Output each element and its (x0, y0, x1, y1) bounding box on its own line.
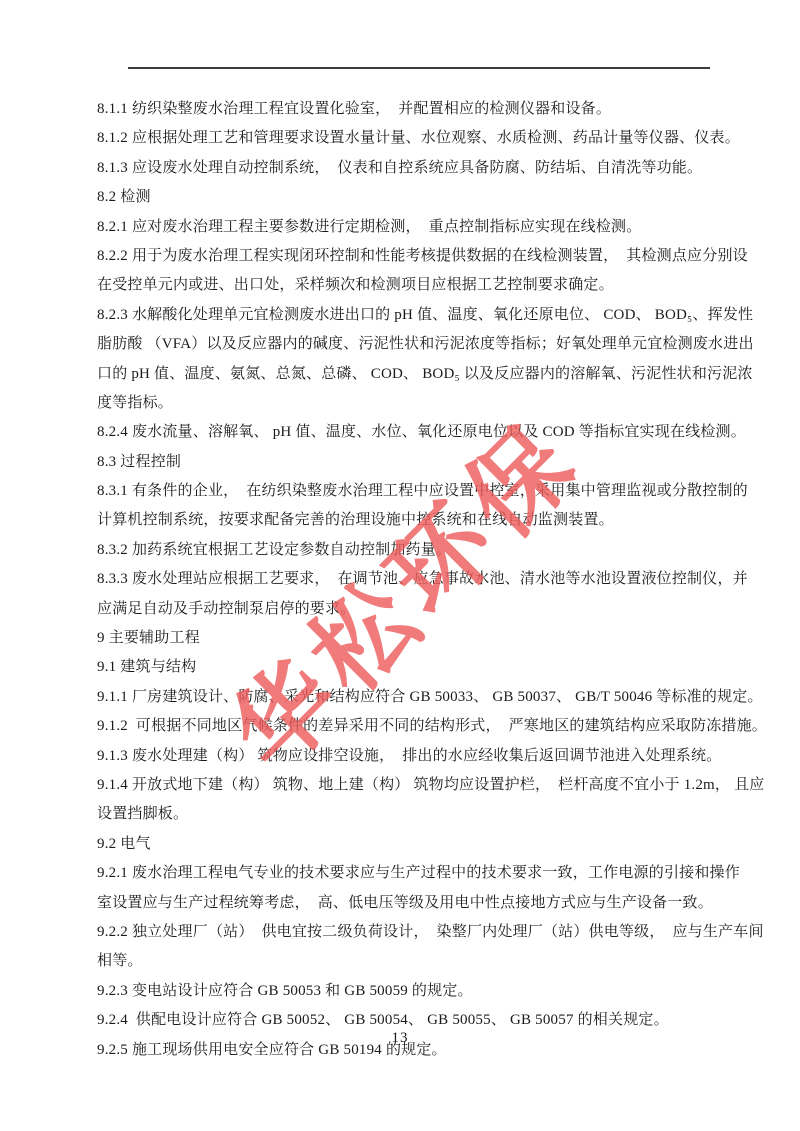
clause-8-2-2: 8.2.2 用于为废水治理工程实现闭环控制和性能考核提供数据的在线检测装置， 其… (97, 242, 742, 301)
clause-8-2-3: 8.2.3 水解酸化处理单元宜检测废水进出口的 pH 值、温度、氧化还原电位、 … (97, 301, 742, 419)
text-line: 9.2.3 变电站设计应符合 GB 50053 和 GB 50059 的规定。 (97, 977, 742, 1006)
heading-8-2: 8.2 检测 (97, 183, 742, 212)
text-line: 9.1 建筑与结构 (97, 653, 742, 682)
page-number: 13 (0, 1030, 800, 1047)
heading-9: 9 主要辅助工程 (97, 624, 742, 653)
clause-8-3-2: 8.3.2 加药系统宜根据工艺设定参数自动控制加药量。 (97, 536, 742, 565)
heading-9-2: 9.2 电气 (97, 830, 742, 859)
text-line: 8.3 过程控制 (97, 448, 742, 477)
clause-9-1-2: 9.1.2 可根据不同地区气候条件的差异采用不同的结构形式， 严寒地区的建筑结构… (97, 712, 742, 741)
clause-9-2-3: 9.2.3 变电站设计应符合 GB 50053 和 GB 50059 的规定。 (97, 977, 742, 1006)
text-line: 9.1.2 可根据不同地区气候条件的差异采用不同的结构形式， 严寒地区的建筑结构… (97, 712, 742, 741)
text-line: 度等指标。 (97, 389, 742, 418)
clause-8-3-1: 8.3.1 有条件的企业， 在纺织染整废水治理工程中应设置中控室，采用集中管理监… (97, 477, 742, 536)
clause-9-1-3: 9.1.3 废水处理建（构） 筑物应设排空设施， 排出的水应经收集后返回调节池进… (97, 742, 742, 771)
heading-8-3: 8.3 过程控制 (97, 448, 742, 477)
text-line: 8.3.1 有条件的企业， 在纺织染整废水治理工程中应设置中控室，采用集中管理监… (97, 477, 742, 506)
clause-8-2-1: 8.2.1 应对废水治理工程主要参数进行定期检测， 重点控制指标应实现在线检测。 (97, 213, 742, 242)
clause-8-1-1: 8.1.1 纺织染整废水治理工程宜设置化验室， 并配置相应的检测仪器和设备。 (97, 95, 742, 124)
text-line: 室设置应与生产过程统筹考虑， 高、低电压等级及用电中性点接地方式应与生产设备一致… (97, 889, 742, 918)
text-line: 8.2.2 用于为废水治理工程实现闭环控制和性能考核提供数据的在线检测装置， 其… (97, 242, 742, 271)
text-line: 8.3.3 废水处理站应根据工艺要求， 在调节池、应急事故水池、清水池等水池设置… (97, 565, 742, 594)
clause-9-2-1: 9.2.1 废水治理工程电气专业的技术要求应与生产过程中的技术要求一致，工作电源… (97, 859, 742, 918)
text-line: 口的 pH 值、温度、氨氮、总氮、总磷、 COD、 BOD₅ 以及反应器内的溶解… (97, 360, 742, 389)
text-line: 8.2.1 应对废水治理工程主要参数进行定期检测， 重点控制指标应实现在线检测。 (97, 213, 742, 242)
text-line: 应满足自动及手动控制泵启停的要求。 (97, 595, 742, 624)
clause-8-2-4: 8.2.4 废水流量、溶解氧、 pH 值、温度、水位、氧化还原电位以及 COD … (97, 418, 742, 447)
text-line: 计算机控制系统，按要求配备完善的治理设施中控系统和在线自动监测装置。 (97, 506, 742, 535)
text-line: 脂肪酸 （VFA）以及反应器内的碱度、污泥性状和污泥浓度等指标；好氧处理单元宜检… (97, 330, 742, 359)
clause-9-1-1: 9.1.1 厂房建筑设计、防腐、采光和结构应符合 GB 50033、 GB 50… (97, 683, 742, 712)
clause-8-1-3: 8.1.3 应设废水处理自动控制系统， 仪表和自控系统应具备防腐、防结垢、自清洗… (97, 154, 742, 183)
clause-9-2-2: 9.2.2 独立处理厂（站） 供电宜按二级负荷设计， 染整厂内处理厂（站）供电等… (97, 918, 742, 977)
document-page: 8.1.1 纺织染整废水治理工程宜设置化验室， 并配置相应的检测仪器和设备。8.… (0, 0, 800, 1131)
text-line: 8.2 检测 (97, 183, 742, 212)
clause-8-3-3: 8.3.3 废水处理站应根据工艺要求， 在调节池、应急事故水池、清水池等水池设置… (97, 565, 742, 624)
text-line: 9 主要辅助工程 (97, 624, 742, 653)
text-line: 8.2.4 废水流量、溶解氧、 pH 值、温度、水位、氧化还原电位以及 COD … (97, 418, 742, 447)
text-line: 相等。 (97, 947, 742, 976)
text-line: 8.3.2 加药系统宜根据工艺设定参数自动控制加药量。 (97, 536, 742, 565)
document-body: 8.1.1 纺织染整废水治理工程宜设置化验室， 并配置相应的检测仪器和设备。8.… (97, 95, 742, 1065)
text-line: 9.2.1 废水治理工程电气专业的技术要求应与生产过程中的技术要求一致，工作电源… (97, 859, 742, 888)
text-line: 9.1.3 废水处理建（构） 筑物应设排空设施， 排出的水应经收集后返回调节池进… (97, 742, 742, 771)
header-rule (128, 67, 710, 69)
heading-9-1: 9.1 建筑与结构 (97, 653, 742, 682)
text-line: 8.2.3 水解酸化处理单元宜检测废水进出口的 pH 值、温度、氧化还原电位、 … (97, 301, 742, 330)
clause-9-1-4: 9.1.4 开放式地下建（构） 筑物、地上建（构） 筑物均应设置护栏， 栏杆高度… (97, 771, 742, 830)
clause-8-1-2: 8.1.2 应根据处理工艺和管理要求设置水量计量、水位观察、水质检测、药品计量等… (97, 124, 742, 153)
text-line: 9.1.1 厂房建筑设计、防腐、采光和结构应符合 GB 50033、 GB 50… (97, 683, 742, 712)
text-line: 设置挡脚板。 (97, 800, 742, 829)
text-line: 8.1.3 应设废水处理自动控制系统， 仪表和自控系统应具备防腐、防结垢、自清洗… (97, 154, 742, 183)
text-line: 9.2 电气 (97, 830, 742, 859)
text-line: 9.1.4 开放式地下建（构） 筑物、地上建（构） 筑物均应设置护栏， 栏杆高度… (97, 771, 742, 800)
text-line: 8.1.1 纺织染整废水治理工程宜设置化验室， 并配置相应的检测仪器和设备。 (97, 95, 742, 124)
text-line: 8.1.2 应根据处理工艺和管理要求设置水量计量、水位观察、水质检测、药品计量等… (97, 124, 742, 153)
text-line: 在受控单元内或进、出口处，采样频次和检测项目应根据工艺控制要求确定。 (97, 271, 742, 300)
text-line: 9.2.2 独立处理厂（站） 供电宜按二级负荷设计， 染整厂内处理厂（站）供电等… (97, 918, 742, 947)
